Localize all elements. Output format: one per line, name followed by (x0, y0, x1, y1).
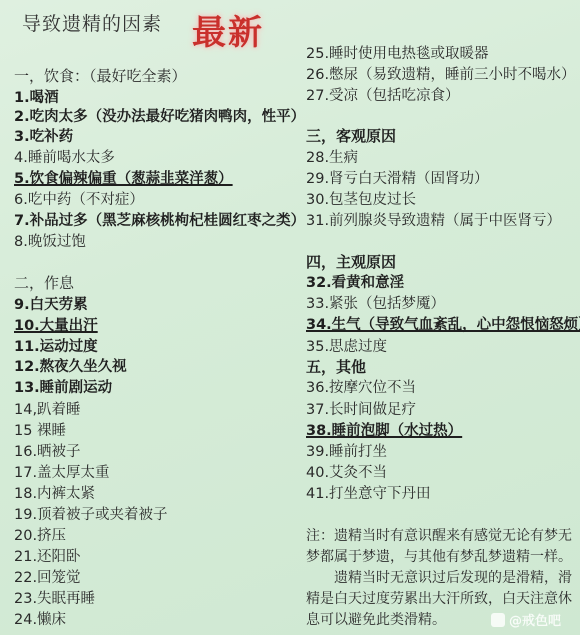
list-item: 13.睡前剧运动 (14, 378, 112, 398)
list-item: 41.打坐意守下丹田 (306, 484, 431, 504)
list-item: 10.大量出汗 (14, 316, 98, 336)
list-item: 14,趴着睡 (14, 400, 81, 420)
list-item: 30.包茎包皮过长 (306, 190, 416, 210)
weibo-logo-icon (491, 613, 505, 627)
list-item: 34.生气（导致气血紊乱，心中怨恨恼怒烦） (306, 315, 580, 335)
watermark: @戒色吧 (491, 610, 561, 629)
list-item: 6.吃中药（不对症） (14, 190, 144, 210)
list-item: 1.喝酒 (14, 88, 59, 108)
list-item: 16.晒被子 (14, 442, 81, 462)
list-item: 39.睡前打坐 (306, 442, 387, 462)
list-item: 38.睡前泡脚（水过热） (306, 421, 462, 441)
list-item: 12.熬夜久坐久视 (14, 357, 127, 377)
footnote-paragraph-1: 注：遗精当时有意识醒来有感觉无论有梦无梦都属于梦遗，与其他有梦乱梦遗精一样。 (306, 526, 576, 568)
list-item: 7.补品过多（黑芝麻核桃枸杞桂圆红枣之类） (14, 211, 305, 231)
list-item: 31.前列腺炎导致遗精（属于中医肾亏） (306, 211, 561, 231)
list-item: 8.晚饭过饱 (14, 232, 86, 252)
section-heading: 四，主观原因 (306, 252, 396, 272)
list-item: 40.艾灸不当 (306, 463, 387, 483)
list-item: 23.失眠再睡 (14, 589, 95, 609)
list-item: 18.内裤太紧 (14, 484, 95, 504)
section-heading: 二，作息 (14, 273, 74, 293)
list-item: 11.运动过度 (14, 337, 98, 357)
list-item: 32.看黄和意淫 (306, 273, 404, 293)
list-item: 37.长时间做足疗 (306, 400, 416, 420)
list-item: 29.肾亏白天滑精（固肾功） (306, 169, 489, 189)
list-item: 24.懒床 (14, 610, 66, 630)
list-item: 26.憋尿（易致遗精，睡前三小时不喝水） (306, 65, 576, 85)
list-item: 22.回笼觉 (14, 568, 81, 588)
list-item: 4.睡前喝水太多 (14, 148, 115, 168)
list-item: 3.吃补药 (14, 127, 73, 147)
latest-badge: 最新 (192, 5, 264, 54)
list-item: 21.还阳卧 (14, 547, 81, 567)
section-heading: 五，其他 (306, 357, 366, 377)
list-item: 36.按摩穴位不当 (306, 378, 416, 398)
page-title: 导致遗精的因素 (22, 9, 162, 36)
list-item: 27.受凉（包括吃凉食） (306, 86, 460, 106)
list-item: 5.饮食偏辣偏重（葱蒜韭菜洋葱） (14, 169, 233, 189)
section-heading: 一，饮食：（最好吃全素） (14, 66, 187, 86)
list-item: 2.吃肉太多（没办法最好吃猪肉鸭肉，性平） (14, 107, 305, 127)
list-item: 28.生病 (306, 148, 358, 168)
list-item: 15 裸睡 (14, 421, 66, 441)
list-item: 20.挤压 (14, 526, 66, 546)
list-item: 9.白天劳累 (14, 295, 88, 315)
list-item: 19.顶着被子或夹着被子 (14, 505, 168, 525)
list-item: 17.盖太厚太重 (14, 463, 110, 483)
section-heading: 三，客观原因 (306, 126, 396, 146)
list-item: 35.思虑过度 (306, 337, 387, 357)
list-item: 33.紧张（包括梦魇） (306, 294, 445, 314)
watermark-text: @戒色吧 (509, 610, 561, 629)
list-item: 25.睡时使用电热毯或取暖器 (306, 44, 489, 64)
